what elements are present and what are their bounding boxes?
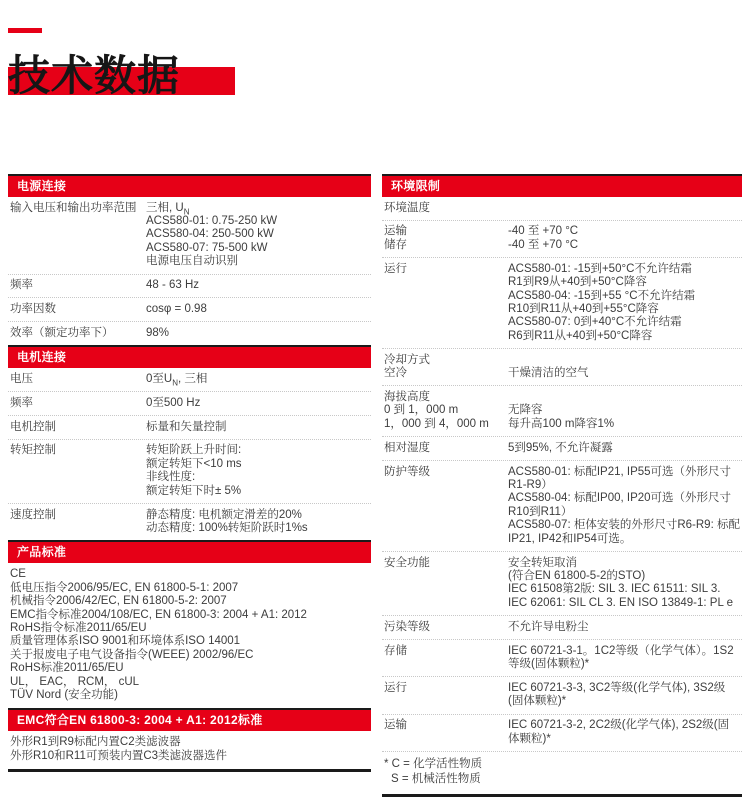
label-line: 运行 xyxy=(384,682,502,695)
table-row: 运行IEC 60721-3-3, 3C2等级(化学气体), 3S2级(固体颗粒)… xyxy=(382,676,742,713)
table-row: 污染等级不允许导电粉尘 xyxy=(382,615,742,639)
content-columns: 电源连接输入电压和输出功率范围三相, UNACS580-01: 0.75-250… xyxy=(8,174,742,797)
value-line: 干燥清洁的空气 xyxy=(508,367,740,380)
value-line: 额定转矩下<10 ms xyxy=(146,458,369,471)
row-label: 频率 xyxy=(10,397,146,410)
footnote: * C = 化学活性物质S = 机械活性物质 xyxy=(382,751,742,794)
value-line xyxy=(508,354,740,367)
value-line: IEC 61508第2版: SIL 3. IEC 61511: SIL 3. xyxy=(508,583,740,596)
table-row: 频率48 - 63 Hz xyxy=(8,274,371,298)
label-line: 防护等级 xyxy=(384,466,502,479)
table-row: 环境温度 xyxy=(382,197,742,220)
section-header: 环境限制 xyxy=(382,174,742,197)
value-line: cosφ = 0.98 xyxy=(146,303,369,316)
table-row: 相对湿度5到95%, 不允许凝露 xyxy=(382,436,742,460)
text-line: TÜV Nord (安全功能) xyxy=(10,689,369,702)
row-label: 输入电压和输出功率范围 xyxy=(10,202,146,269)
page-title: 技术数据 xyxy=(8,55,180,97)
row-value: cosφ = 0.98 xyxy=(146,303,369,316)
table-row: 外形R1到R9标配内置C2类滤波器外形R10和R11可预装内置C3类滤波器选件 xyxy=(8,731,371,769)
value-line: 48 - 63 Hz xyxy=(146,279,369,292)
section-header: 电源连接 xyxy=(8,174,371,197)
row-value: 48 - 63 Hz xyxy=(146,279,369,292)
value-line xyxy=(508,391,740,404)
label-line: 输入电压和输出功率范围 xyxy=(10,202,140,215)
text-line: 关于报废电子电气设备指令(WEEE) 2002/96/EC xyxy=(10,649,369,662)
row-label: 速度控制 xyxy=(10,509,146,536)
row-label: 存储 xyxy=(384,645,508,672)
text-line: RoHS标准2011/65/EU xyxy=(10,662,369,675)
row-value: -40 至 +70 °C-40 至 +70 °C xyxy=(508,225,740,252)
row-label: 运行 xyxy=(384,263,508,343)
label-line: 空冷 xyxy=(384,367,502,380)
text-line: EMC指令标准2004/108/EC, EN 61800-3: 2004 + A… xyxy=(10,609,369,622)
value-line: R10到R11从+40到+55°C降容 xyxy=(508,303,740,316)
value-line: -40 至 +70 °C xyxy=(508,225,740,238)
table-row: 转矩控制转矩阶跃上升时间:额定转矩下<10 ms非线性度:额定转矩下时± 5% xyxy=(8,439,371,503)
row-label: 污染等级 xyxy=(384,621,508,634)
table-row: 电压0至UN, 三相 xyxy=(8,368,371,391)
value-line: IEC 60721-3-1。1C2等级（化学气体）。1S2等级(固体颗粒)* xyxy=(508,645,740,672)
value-line: 0至500 Hz xyxy=(146,397,369,410)
value-line: IEC 62061: SIL CL 3. EN ISO 13849-1: PL … xyxy=(508,597,740,610)
table-row: 冷却方式空冷 干燥清洁的空气 xyxy=(382,348,742,385)
row-value: 静态精度: 电机额定滑差的20%动态精度: 100%转矩阶跃时1%s xyxy=(146,509,369,536)
table-row: 存储IEC 60721-3-1。1C2等级（化学气体）。1S2等级(固体颗粒)* xyxy=(382,639,742,676)
value-line: 0至UN, 三相 xyxy=(146,373,369,386)
text-line: 机械指令2006/42/EC, EN 61800-5-2: 2007 xyxy=(10,595,369,608)
datasheet-page: 技术数据 电源连接输入电压和输出功率范围三相, UNACS580-01: 0.7… xyxy=(0,0,750,800)
text-line: 外形R1到R9标配内置C2类滤波器 xyxy=(10,736,369,749)
table-row: 安全功能安全转矩取消(符合EN 61800-5-2的STO)IEC 61508第… xyxy=(382,551,742,615)
label-line: 安全功能 xyxy=(384,557,502,570)
value-line: ACS580-07: 柜体安装的外形尺寸R6-R9: 标配IP21, IP42和… xyxy=(508,519,740,546)
row-value: ACS580-01: 标配IP21, IP55可选（外形尺寸R1-R9）ACS5… xyxy=(508,466,740,546)
value-line: IEC 60721-3-2, 2C2级(化学气体), 2S2级(固体颗粒)* xyxy=(508,719,740,746)
row-label: 安全功能 xyxy=(384,557,508,611)
value-line: ACS580-01: -15到+50°C不允许结霜 xyxy=(508,263,740,276)
label-line: 0 到 1，000 m xyxy=(384,404,502,417)
label-line: 相对湿度 xyxy=(384,442,502,455)
value-line: 5到95%, 不允许凝露 xyxy=(508,442,740,455)
section-header: 电机连接 xyxy=(8,345,371,368)
row-label: 防护等级 xyxy=(384,466,508,546)
label-line: 电压 xyxy=(10,373,140,386)
text-line: 外形R10和R11可预装内置C3类滤波器选件 xyxy=(10,750,369,763)
row-value: 无降容每升高100 m降容1% xyxy=(508,391,740,431)
footnote-line: S = 机械活性物质 xyxy=(384,772,740,787)
section-header: 产品标准 xyxy=(8,540,371,563)
row-label: 海拔高度0 到 1，000 m1，000 到 4，000 m xyxy=(384,391,508,431)
text-line: RoHS指令标准2011/65/EU xyxy=(10,622,369,635)
table-row: 功率因数cosφ = 0.98 xyxy=(8,297,371,321)
row-label: 功率因数 xyxy=(10,303,146,316)
table-row: 运输IEC 60721-3-2, 2C2级(化学气体), 2S2级(固体颗粒)* xyxy=(382,714,742,751)
label-line: 效率（额定功率下） xyxy=(10,327,140,340)
label-line: 存储 xyxy=(384,645,502,658)
value-line: 静态精度: 电机额定滑差的20% xyxy=(146,509,369,522)
label-line: 转矩控制 xyxy=(10,444,140,457)
value-line: 电源电压自动识别 xyxy=(146,255,369,268)
value-line: ACS580-01: 标配IP21, IP55可选（外形尺寸R1-R9） xyxy=(508,466,740,493)
label-line: 环境温度 xyxy=(384,202,502,215)
row-value: 安全转矩取消(符合EN 61800-5-2的STO)IEC 61508第2版: … xyxy=(508,557,740,611)
value-line: 不允许导电粉尘 xyxy=(508,621,740,634)
value-line: 无降容 xyxy=(508,404,740,417)
left-column: 电源连接输入电压和输出功率范围三相, UNACS580-01: 0.75-250… xyxy=(8,174,371,772)
value-line: R1到R9从+40到+50°C降容 xyxy=(508,276,740,289)
row-value: 转矩阶跃上升时间:额定转矩下<10 ms非线性度:额定转矩下时± 5% xyxy=(146,444,369,498)
label-line: 1，000 到 4，000 m xyxy=(384,418,502,431)
label-line: 频率 xyxy=(10,397,140,410)
table-row: 海拔高度0 到 1，000 m1，000 到 4，000 m 无降容每升高100… xyxy=(382,385,742,436)
row-value: 干燥清洁的空气 xyxy=(508,354,740,381)
value-line: 转矩阶跃上升时间: xyxy=(146,444,369,457)
table-row: 电机控制标量和矢量控制 xyxy=(8,415,371,439)
row-value: 三相, UNACS580-01: 0.75-250 kWACS580-04: 2… xyxy=(146,202,369,269)
footnote-line: * C = 化学活性物质 xyxy=(384,757,740,772)
text-line: UL， EAC， RCM， cUL xyxy=(10,676,369,689)
value-line: ACS580-04: -15到+55 °C不允许结霜 xyxy=(508,290,740,303)
label-line: 储存 xyxy=(384,239,502,252)
row-value: IEC 60721-3-2, 2C2级(化学气体), 2S2级(固体颗粒)* xyxy=(508,719,740,746)
value-line: R6到R11从+40到+50°C降容 xyxy=(508,330,740,343)
row-label: 相对湿度 xyxy=(384,442,508,455)
label-line: 冷却方式 xyxy=(384,354,502,367)
table-row: 效率（额定功率下）98% xyxy=(8,321,371,345)
section-header: EMC符合EN 61800-3: 2004 + A1: 2012标准 xyxy=(8,708,371,731)
row-label: 频率 xyxy=(10,279,146,292)
row-label: 运输 xyxy=(384,719,508,746)
value-line: IEC 60721-3-3, 3C2等级(化学气体), 3S2级(固体颗粒)* xyxy=(508,682,740,709)
table-row: 防护等级ACS580-01: 标配IP21, IP55可选（外形尺寸R1-R9）… xyxy=(382,460,742,551)
value-line: -40 至 +70 °C xyxy=(508,239,740,252)
label-line: 速度控制 xyxy=(10,509,140,522)
label-line: 运输 xyxy=(384,719,502,732)
row-value: 98% xyxy=(146,327,369,340)
row-label: 环境温度 xyxy=(384,202,508,215)
text-line: 低电压指令2006/95/EC, EN 61800-5-1: 2007 xyxy=(10,582,369,595)
row-label: 运输储存 xyxy=(384,225,508,252)
label-line: 运输 xyxy=(384,225,502,238)
row-value: 标量和矢量控制 xyxy=(146,421,369,434)
right-column: 环境限制环境温度运输储存-40 至 +70 °C-40 至 +70 °C运行AC… xyxy=(382,174,742,797)
value-line: 标量和矢量控制 xyxy=(146,421,369,434)
value-line: 安全转矩取消 xyxy=(508,557,740,570)
label-line: 频率 xyxy=(10,279,140,292)
row-label: 效率（额定功率下） xyxy=(10,327,146,340)
value-line: 动态精度: 100%转矩阶跃时1%s xyxy=(146,522,369,535)
row-value: 5到95%, 不允许凝露 xyxy=(508,442,740,455)
text-line: 质量管理体系ISO 9001和环境体系ISO 14001 xyxy=(10,635,369,648)
value-line: ACS580-04: 标配IP00, IP20可选（外形尺寸R10到R11） xyxy=(508,492,740,519)
table-row: 速度控制静态精度: 电机额定滑差的20%动态精度: 100%转矩阶跃时1%s xyxy=(8,503,371,540)
label-line: 运行 xyxy=(384,263,502,276)
label-line: 海拔高度 xyxy=(384,391,502,404)
value-line: ACS580-01: 0.75-250 kW xyxy=(146,215,369,228)
value-line: ACS580-07: 75-500 kW xyxy=(146,242,369,255)
value-line: ACS580-07: 0到+40°C不允许结霜 xyxy=(508,316,740,329)
row-label: 电压 xyxy=(10,373,146,386)
label-line: 污染等级 xyxy=(384,621,502,634)
row-value xyxy=(508,202,740,215)
label-line: 功率因数 xyxy=(10,303,140,316)
row-value: 0至UN, 三相 xyxy=(146,373,369,386)
row-label: 转矩控制 xyxy=(10,444,146,498)
table-row: CE低电压指令2006/95/EC, EN 61800-5-1: 2007机械指… xyxy=(8,563,371,708)
row-label: 电机控制 xyxy=(10,421,146,434)
table-row: 输入电压和输出功率范围三相, UNACS580-01: 0.75-250 kWA… xyxy=(8,197,371,274)
value-line: 三相, UN xyxy=(146,202,369,215)
table-row: 运输储存-40 至 +70 °C-40 至 +70 °C xyxy=(382,220,742,257)
row-value: 不允许导电粉尘 xyxy=(508,621,740,634)
table-row: 运行ACS580-01: -15到+50°C不允许结霜R1到R9从+40到+50… xyxy=(382,257,742,348)
row-value: ACS580-01: -15到+50°C不允许结霜R1到R9从+40到+50°C… xyxy=(508,263,740,343)
value-line: 每升高100 m降容1% xyxy=(508,418,740,431)
value-line: 额定转矩下时± 5% xyxy=(146,485,369,498)
table-row: 频率0至500 Hz xyxy=(8,391,371,415)
row-label: 冷却方式空冷 xyxy=(384,354,508,381)
row-value: 0至500 Hz xyxy=(146,397,369,410)
value-line: (符合EN 61800-5-2的STO) xyxy=(508,570,740,583)
accent-dash xyxy=(8,28,42,33)
row-label: 运行 xyxy=(384,682,508,709)
row-value: IEC 60721-3-1。1C2等级（化学气体）。1S2等级(固体颗粒)* xyxy=(508,645,740,672)
row-value: IEC 60721-3-3, 3C2等级(化学气体), 3S2级(固体颗粒)* xyxy=(508,682,740,709)
value-line: 非线性度: xyxy=(146,471,369,484)
value-line: ACS580-04: 250-500 kW xyxy=(146,228,369,241)
value-line: 98% xyxy=(146,327,369,340)
label-line: 电机控制 xyxy=(10,421,140,434)
text-line: CE xyxy=(10,568,369,581)
